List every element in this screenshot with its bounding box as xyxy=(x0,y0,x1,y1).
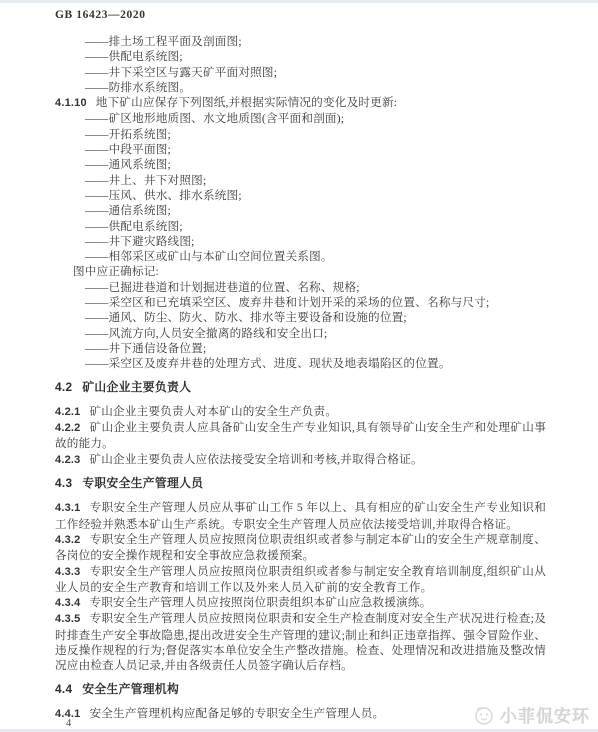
dash-list-item: ——采空区和已充填采空区、废弃井巷和计划开采的采场的位置、名称与尺寸; xyxy=(55,295,546,310)
dash-list-item: ——中段平面图; xyxy=(55,142,546,157)
clause-number: 4.3.4 xyxy=(55,597,80,609)
clause-text: 矿山企业主要负责人对本矿山的安全生产负责。 xyxy=(89,405,337,418)
dash-list-item: ——井下采空区与露天矿平面对照图; xyxy=(55,65,546,80)
dash-list-item: ——已掘进巷道和计划掘进巷道的位置、名称、规格; xyxy=(55,280,546,295)
clause-number: 4.1.10 xyxy=(55,97,87,109)
dash-list-item: ——开拓系统图; xyxy=(55,127,546,142)
document-body: ——排土场工程平面及剖面图;——供配电系统图;——井下采空区与露天矿平面对照图;… xyxy=(55,34,546,722)
dash-list-item: ——井下避灾路线图; xyxy=(55,234,546,249)
dash-list-item: ——供配电系统图; xyxy=(55,219,546,234)
section-title: 安全生产管理机构 xyxy=(82,682,179,696)
clause-paragraph: 4.2.1矿山企业主要负责人对本矿山的安全生产负责。 xyxy=(55,404,546,420)
dash-list-item: ——通信系统图; xyxy=(55,203,546,218)
section-heading: 4.2矿山企业主要负责人 xyxy=(55,380,546,395)
dash-list-item: ——井上、井下对照图; xyxy=(55,173,546,188)
clause-text: 专职安全生产管理人员应按照岗位职责和安全生产检查制度对安全生产状况进行检查;及时… xyxy=(55,612,546,672)
page-edge-top xyxy=(0,0,598,3)
page-number: 4 xyxy=(66,718,71,729)
standard-code-header: GB 16423—2020 xyxy=(55,9,546,21)
watermark: 小菲侃安环 xyxy=(473,702,590,727)
clause-paragraph: 4.2.3矿山企业主要负责人应依法接受安全培训和考核,并取得合格证。 xyxy=(55,452,546,468)
watermark-text: 小菲侃安环 xyxy=(500,702,590,727)
section-title: 专职安全生产管理人员 xyxy=(82,476,203,490)
section-number: 4.4 xyxy=(55,682,72,696)
clause-text: 地下矿山应保存下列图纸,并根据实际情况的变化及时更新: xyxy=(96,96,397,109)
clause-text: 专职安全生产管理人员应按照岗位职责组织或者参与制定安全教育培训制度,组织矿山从业… xyxy=(55,565,546,594)
clause-text: 专职安全生产管理人员应从事矿山工作 5 年以上、具有相应的矿山安全生产专业知识和… xyxy=(55,501,546,530)
clause-text: 安全生产管理机构应配备足够的专职安全生产管理人员。 xyxy=(89,707,384,720)
clause-text: 专职安全生产管理人员应按照岗位职责组织或者参与制定本矿山的安全生产规章制度、各岗… xyxy=(55,533,546,562)
clause-text: 矿山企业主要负责人应依法接受安全培训和考核,并取得合格证。 xyxy=(89,453,422,466)
dash-list-item: ——排土场工程平面及剖面图; xyxy=(55,34,546,49)
section-heading: 4.4安全生产管理机构 xyxy=(55,682,546,697)
clause-paragraph: 4.2.2矿山企业主要负责人应具备矿山安全生产专业知识,具有领导矿山安全生产和处… xyxy=(55,420,546,452)
dash-list-item: ——相邻采区或矿山与本矿山空间位置关系图。 xyxy=(55,249,546,264)
section-title: 矿山企业主要负责人 xyxy=(82,380,191,394)
clause-number: 4.3.5 xyxy=(55,613,80,625)
dash-list-item: ——风流方向,人员安全撤离的路线和安全出口; xyxy=(55,326,546,341)
clause-text: 矿山企业主要负责人应具备矿山安全生产专业知识,具有领导矿山安全生产和处理矿山事故… xyxy=(55,421,546,450)
dash-list-item: ——通风、防尘、防火、防水、排水等主要设备和设施的位置; xyxy=(55,310,546,325)
clause-number: 4.2.1 xyxy=(55,406,80,418)
dash-list-item: ——采空区及废弃井巷的处理方式、进度、现状及地表塌陷区的位置。 xyxy=(55,356,546,371)
clause-paragraph: 4.3.4专职安全生产管理人员应按照岗位职责组织本矿山应急救援演练。 xyxy=(55,595,546,611)
clause-paragraph: 4.3.5专职安全生产管理人员应按照岗位职责和安全生产检查制度对安全生产状况进行… xyxy=(55,611,546,673)
clause-number: 4.3.2 xyxy=(55,534,80,546)
dash-list-item: ——通风系统图; xyxy=(55,157,546,172)
clause-number: 4.2.2 xyxy=(55,422,80,434)
clause-number: 4.3.1 xyxy=(55,502,80,514)
clause-number: 4.2.3 xyxy=(55,454,80,466)
clause-paragraph: 4.1.10地下矿山应保存下列图纸,并根据实际情况的变化及时更新: xyxy=(55,95,546,111)
clause-paragraph: 4.3.3专职安全生产管理人员应按照岗位职责组织或者参与制定安全教育培训制度,组… xyxy=(55,564,546,596)
clause-paragraph: 4.3.2专职安全生产管理人员应按照岗位职责组织或者参与制定本矿山的安全生产规章… xyxy=(55,532,546,564)
dash-list-item: ——矿区地形地质图、水文地质图(含平面和剖面); xyxy=(55,111,546,126)
clause-paragraph: 4.3.1专职安全生产管理人员应从事矿山工作 5 年以上、具有相应的矿山安全生产… xyxy=(55,500,546,532)
dash-list-item: ——供配电系统图; xyxy=(55,49,546,64)
clause-number: 4.3.3 xyxy=(55,566,80,578)
section-number: 4.3 xyxy=(55,476,72,490)
dash-list-item: ——井下通信设备位置; xyxy=(55,341,546,356)
dash-list-item: ——防排水系统图。 xyxy=(55,80,546,95)
clause-text: 专职安全生产管理人员应按照岗位职责组织本矿山应急救援演练。 xyxy=(89,596,431,609)
section-heading: 4.3专职安全生产管理人员 xyxy=(55,476,546,491)
watermark-logo-icon xyxy=(473,704,495,726)
dash-list-item: ——压风、供水、排水系统图; xyxy=(55,188,546,203)
body-paragraph: 图中应正确标记: xyxy=(55,264,546,279)
section-number: 4.2 xyxy=(55,380,72,394)
document-page: GB 16423—2020 ——排土场工程平面及剖面图;——供配电系统图;——井… xyxy=(0,0,598,722)
